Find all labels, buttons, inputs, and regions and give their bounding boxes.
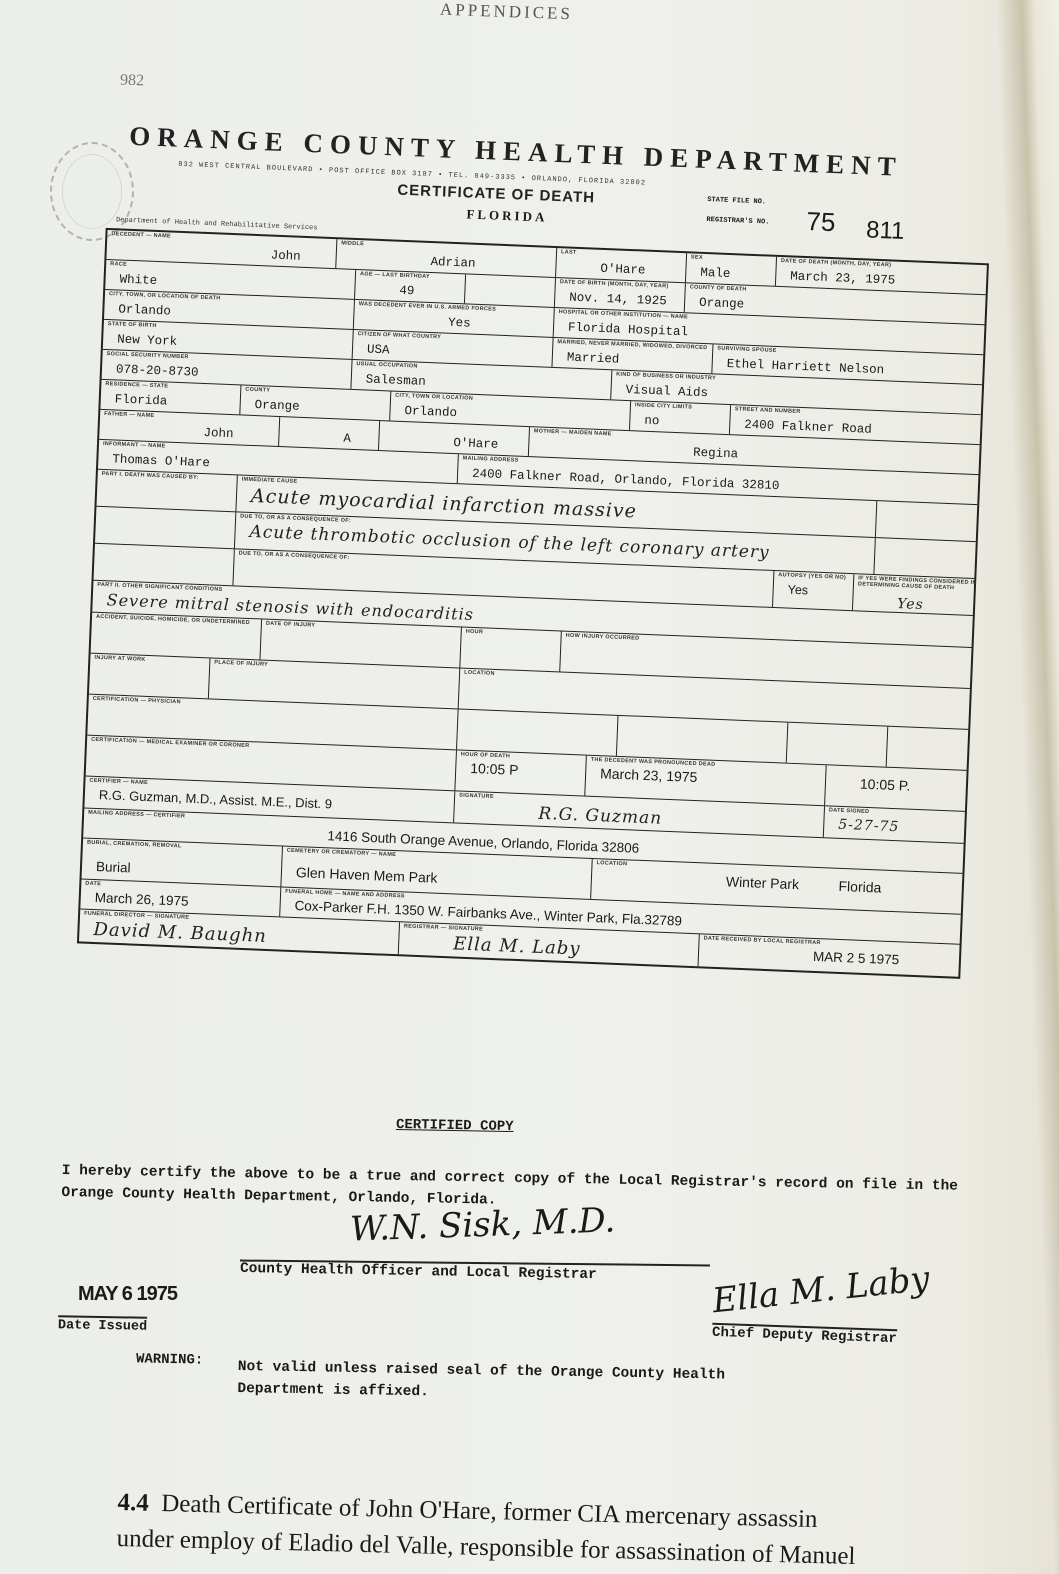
death-certificate: ORANGE COUNTY HEALTH DEPARTMENT 832 WEST… xyxy=(70,120,1009,1145)
injury-hour-field: Hour xyxy=(460,628,562,672)
warning-text: Not valid unless raised seal of the Oran… xyxy=(237,1356,778,1409)
certificate-title: CERTIFICATE OF DEATH xyxy=(397,182,595,207)
hour-of-death-field: Hour of Death 10:05 P xyxy=(455,750,587,795)
date-signed-field: Date Signed 5-27-75 xyxy=(824,806,965,843)
sex-field: Sex Male xyxy=(686,253,777,286)
registrar-no-label: REGISTRAR'S NO. xyxy=(706,216,769,227)
date-of-birth-field: Date of Birth (Month, Day, Year) Nov. 14… xyxy=(555,278,686,312)
last-name-field: Last O'Hare xyxy=(556,248,687,282)
father-middle-field: A xyxy=(279,417,380,450)
running-head: APPENDICES xyxy=(440,0,574,24)
certificate-state: FLORIDA xyxy=(466,206,548,225)
date-of-injury-field: Date of Injury xyxy=(260,620,461,668)
age-field: Age — Last Birthday 49 xyxy=(355,270,466,303)
part1-label: Part I. Death was caused by: xyxy=(97,470,238,512)
age-under-field xyxy=(465,274,556,307)
date-issued-label: Date Issued xyxy=(58,1315,147,1335)
father-last-field: O'Hare xyxy=(379,421,530,456)
state-file-label: STATE FILE NO. xyxy=(707,196,766,206)
state-file-number: 75 xyxy=(806,206,836,238)
book-gutter xyxy=(997,0,1059,1574)
injury-at-work-field: Injury at Work xyxy=(89,654,211,699)
disposition-field: Burial, Cremation, Removal Burial xyxy=(82,839,283,887)
certified-copy-heading: CERTIFIED COPY xyxy=(396,1117,514,1135)
city-limits-field: Inside City Limits no xyxy=(630,401,731,434)
caption-number: 4.4 xyxy=(117,1489,149,1517)
residence-county-field: County Orange xyxy=(240,385,391,420)
accident-field: Accident, Suicide, Homicide, or Undeterm… xyxy=(91,613,262,660)
interval-field xyxy=(876,501,977,541)
date-issued: MAY 6 1975 xyxy=(78,1283,177,1306)
autopsy-field: Autopsy (Yes or No) Yes xyxy=(773,571,854,610)
pronounced-hour-field: 10:05 P. xyxy=(825,765,966,811)
deputy-title: Chief Deputy Registrar xyxy=(712,1323,897,1347)
page-number: 982 xyxy=(120,72,145,91)
autopsy-considered-field: If yes were findings considered in deter… xyxy=(853,574,974,615)
officer-signature: W.N. Sisk, M.D. xyxy=(349,1200,616,1249)
certificate-form: Decedent — Name John Middle Adrian Last … xyxy=(77,228,989,979)
figure-caption: 4.4 Death Certificate of John O'Hare, fo… xyxy=(116,1485,1059,1574)
residence-state-field: Residence — State Florida xyxy=(100,380,241,415)
warning-label: WARNING: xyxy=(136,1351,203,1368)
registrar-number: 811 xyxy=(866,216,905,246)
deputy-signature: Ella M. Laby xyxy=(711,1259,932,1322)
